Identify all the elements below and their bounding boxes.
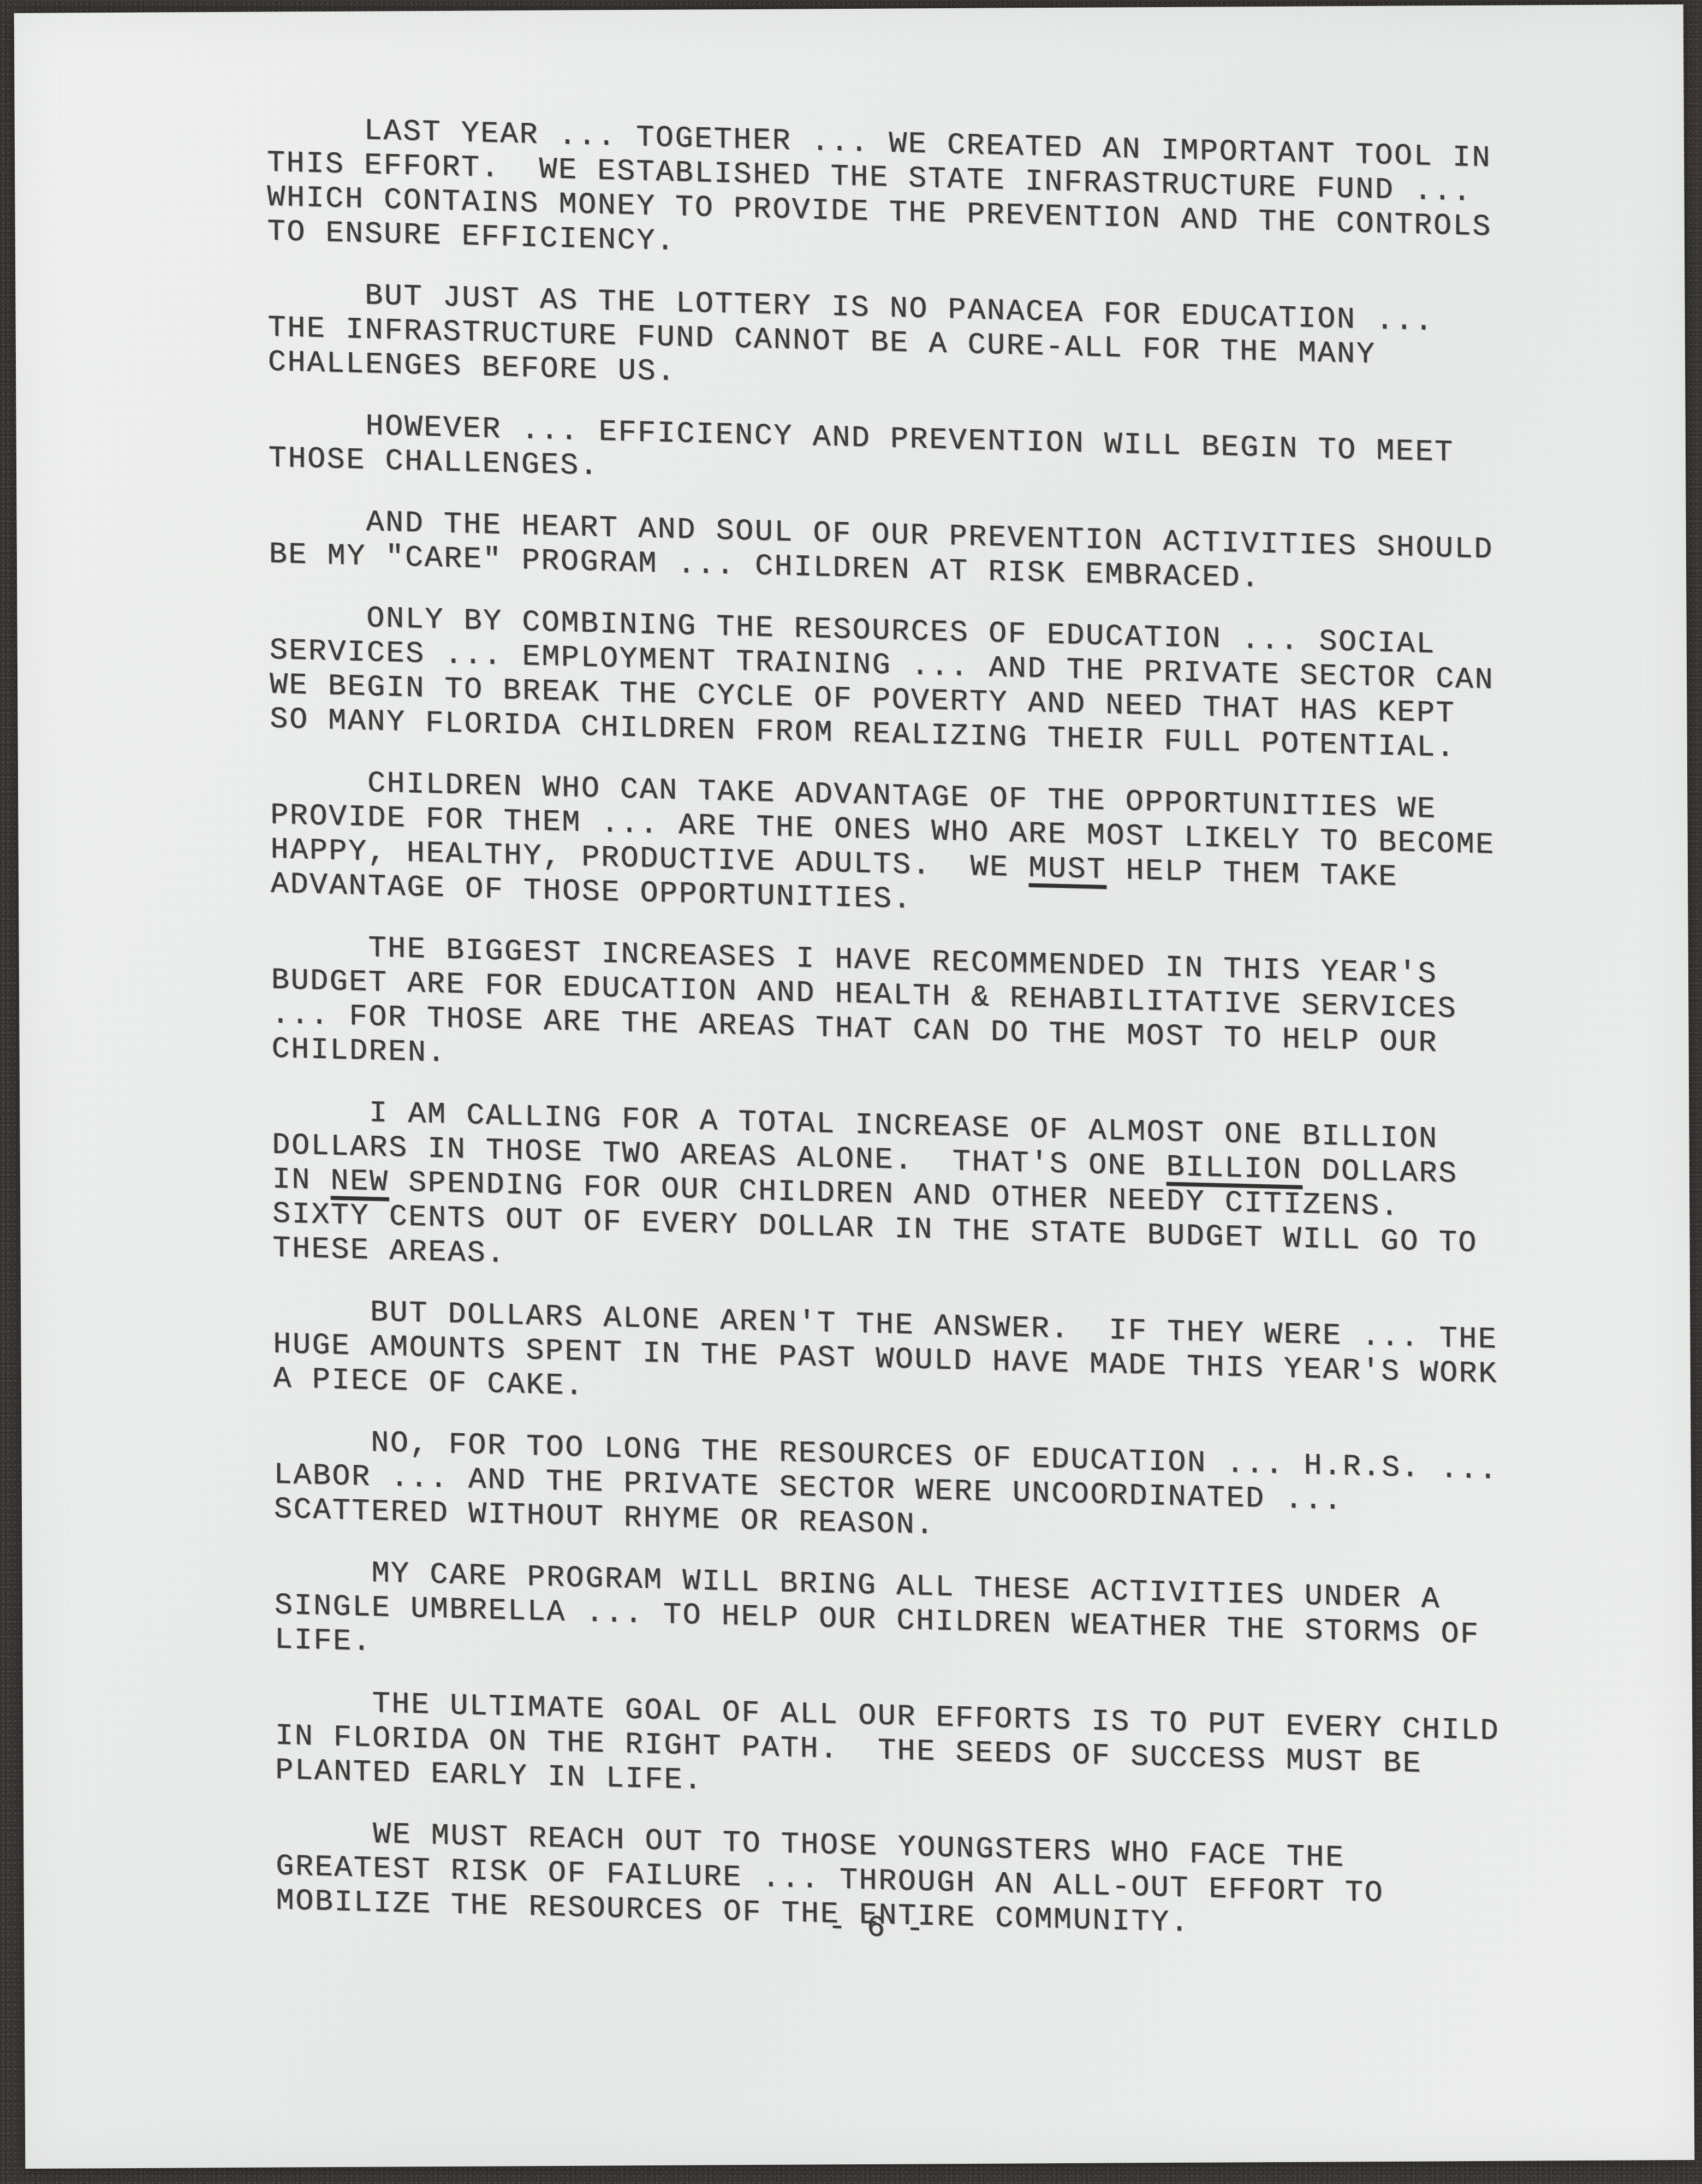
speech-text-block: LAST YEAR ... TOGETHER ... WE CREATED AN… (267, 111, 1598, 1963)
underlined-word: MUST (1028, 851, 1106, 887)
paragraph: NO, FOR TOO LONG THE RESOURCES OF EDUCAT… (273, 1423, 1595, 1559)
paragraph: THE BIGGEST INCREASES I HAVE RECOMMENDED… (271, 929, 1593, 1099)
underlined-word: NEW (331, 1164, 389, 1200)
paragraph: AND THE HEART AND SOUL OF OUR PREVENTION… (269, 503, 1590, 604)
paragraph: MY CARE PROGRAM WILL BRING ALL THESE ACT… (274, 1554, 1596, 1689)
paragraph: ONLY BY COMBINING THE RESOURCES OF EDUCA… (269, 599, 1591, 769)
paragraph: HOWEVER ... EFFICIENCY AND PREVENTION WI… (268, 407, 1590, 508)
paragraph: BUT JUST AS THE LOTTERY IS NO PANACEA FO… (267, 276, 1589, 412)
scanner-background: LAST YEAR ... TOGETHER ... WE CREATED AN… (0, 0, 1702, 2184)
paragraphs-container: LAST YEAR ... TOGETHER ... WE CREATED AN… (267, 111, 1598, 1950)
paragraph: I AM CALLING FOR A TOTAL INCREASE OF ALM… (272, 1094, 1594, 1298)
document-page: LAST YEAR ... TOGETHER ... WE CREATED AN… (14, 4, 1695, 2169)
paragraph: CHILDREN WHO CAN TAKE ADVANTAGE OF THE O… (270, 764, 1592, 934)
underlined-word: BILLION (1166, 1150, 1302, 1188)
paragraph: THE ULTIMATE GOAL OF ALL OUR EFFORTS IS … (275, 1684, 1597, 1820)
paragraph: LAST YEAR ... TOGETHER ... WE CREATED AN… (267, 111, 1589, 281)
paragraph: BUT DOLLARS ALONE AREN'T THE ANSWER. IF … (273, 1293, 1594, 1428)
